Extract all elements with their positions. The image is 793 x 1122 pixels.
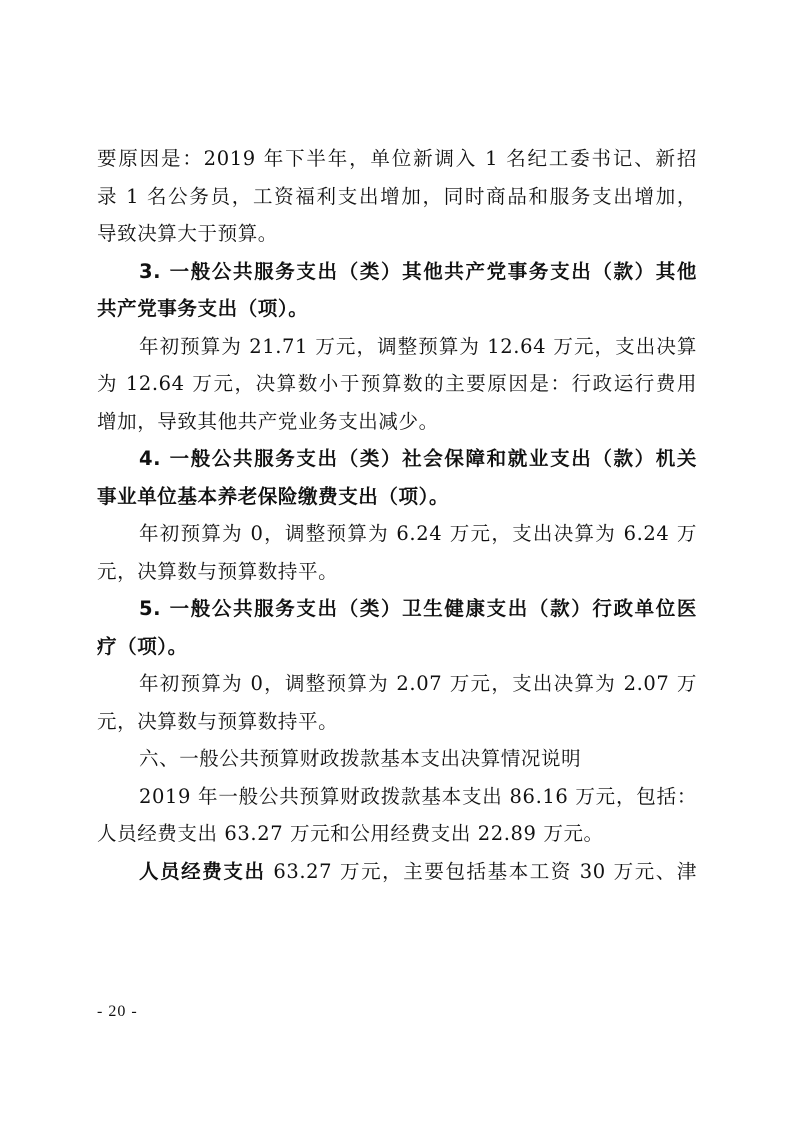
section-heading-6: 六、一般公共预算财政拨款基本支出决算情况说明 [97,740,697,778]
bold-lead-text: 人员经费支出 [139,860,266,883]
body-text-line: 2019 年一般公共预算财政拨款基本支出 86.16 万元，包括： [97,778,697,816]
item-heading-3: 3. 一般公共服务支出（类）其他共产党事务支出（款）其他 [97,253,697,291]
personnel-expense-paragraph: 人员经费支出 63.27 万元，主要包括基本工资 30 万元、津 [97,853,697,891]
body-text: 63.27 万元，主要包括基本工资 30 万元、津 [266,860,697,883]
body-text-line: 要原因是：2019 年下半年，单位新调入 1 名纪工委书记、新招 [97,140,697,178]
document-page: 要原因是：2019 年下半年，单位新调入 1 名纪工委书记、新招 录 1 名公务… [97,140,697,890]
item-heading-5-cont: 疗（项）。 [97,628,697,666]
page-number: - 20 - [97,1003,138,1021]
item-heading-4: 4. 一般公共服务支出（类）社会保障和就业支出（款）机关 [97,440,697,478]
body-text-line: 年初预算为 0，调整预算为 6.24 万元，支出决算为 6.24 万 [97,515,697,553]
body-text-line: 元，决算数与预算数持平。 [97,553,697,591]
body-text-line: 录 1 名公务员，工资福利支出增加，同时商品和服务支出增加， [97,178,697,216]
body-text-line: 元，决算数与预算数持平。 [97,703,697,741]
body-text-line: 增加，导致其他共产党业务支出减少。 [97,403,697,441]
body-text-line: 年初预算为 21.71 万元，调整预算为 12.64 万元，支出决算 [97,328,697,366]
body-text-line: 年初预算为 0，调整预算为 2.07 万元，支出决算为 2.07 万 [97,665,697,703]
body-text-line: 为 12.64 万元，决算数小于预算数的主要原因是：行政运行费用 [97,365,697,403]
item-heading-4-cont: 事业单位基本养老保险缴费支出（项）。 [97,478,697,516]
body-text-line: 人员经费支出 63.27 万元和公用经费支出 22.89 万元。 [97,815,697,853]
body-text-line: 导致决算大于预算。 [97,215,697,253]
item-heading-3-cont: 共产党事务支出（项）。 [97,290,697,328]
item-heading-5: 5. 一般公共服务支出（类）卫生健康支出（款）行政单位医 [97,590,697,628]
